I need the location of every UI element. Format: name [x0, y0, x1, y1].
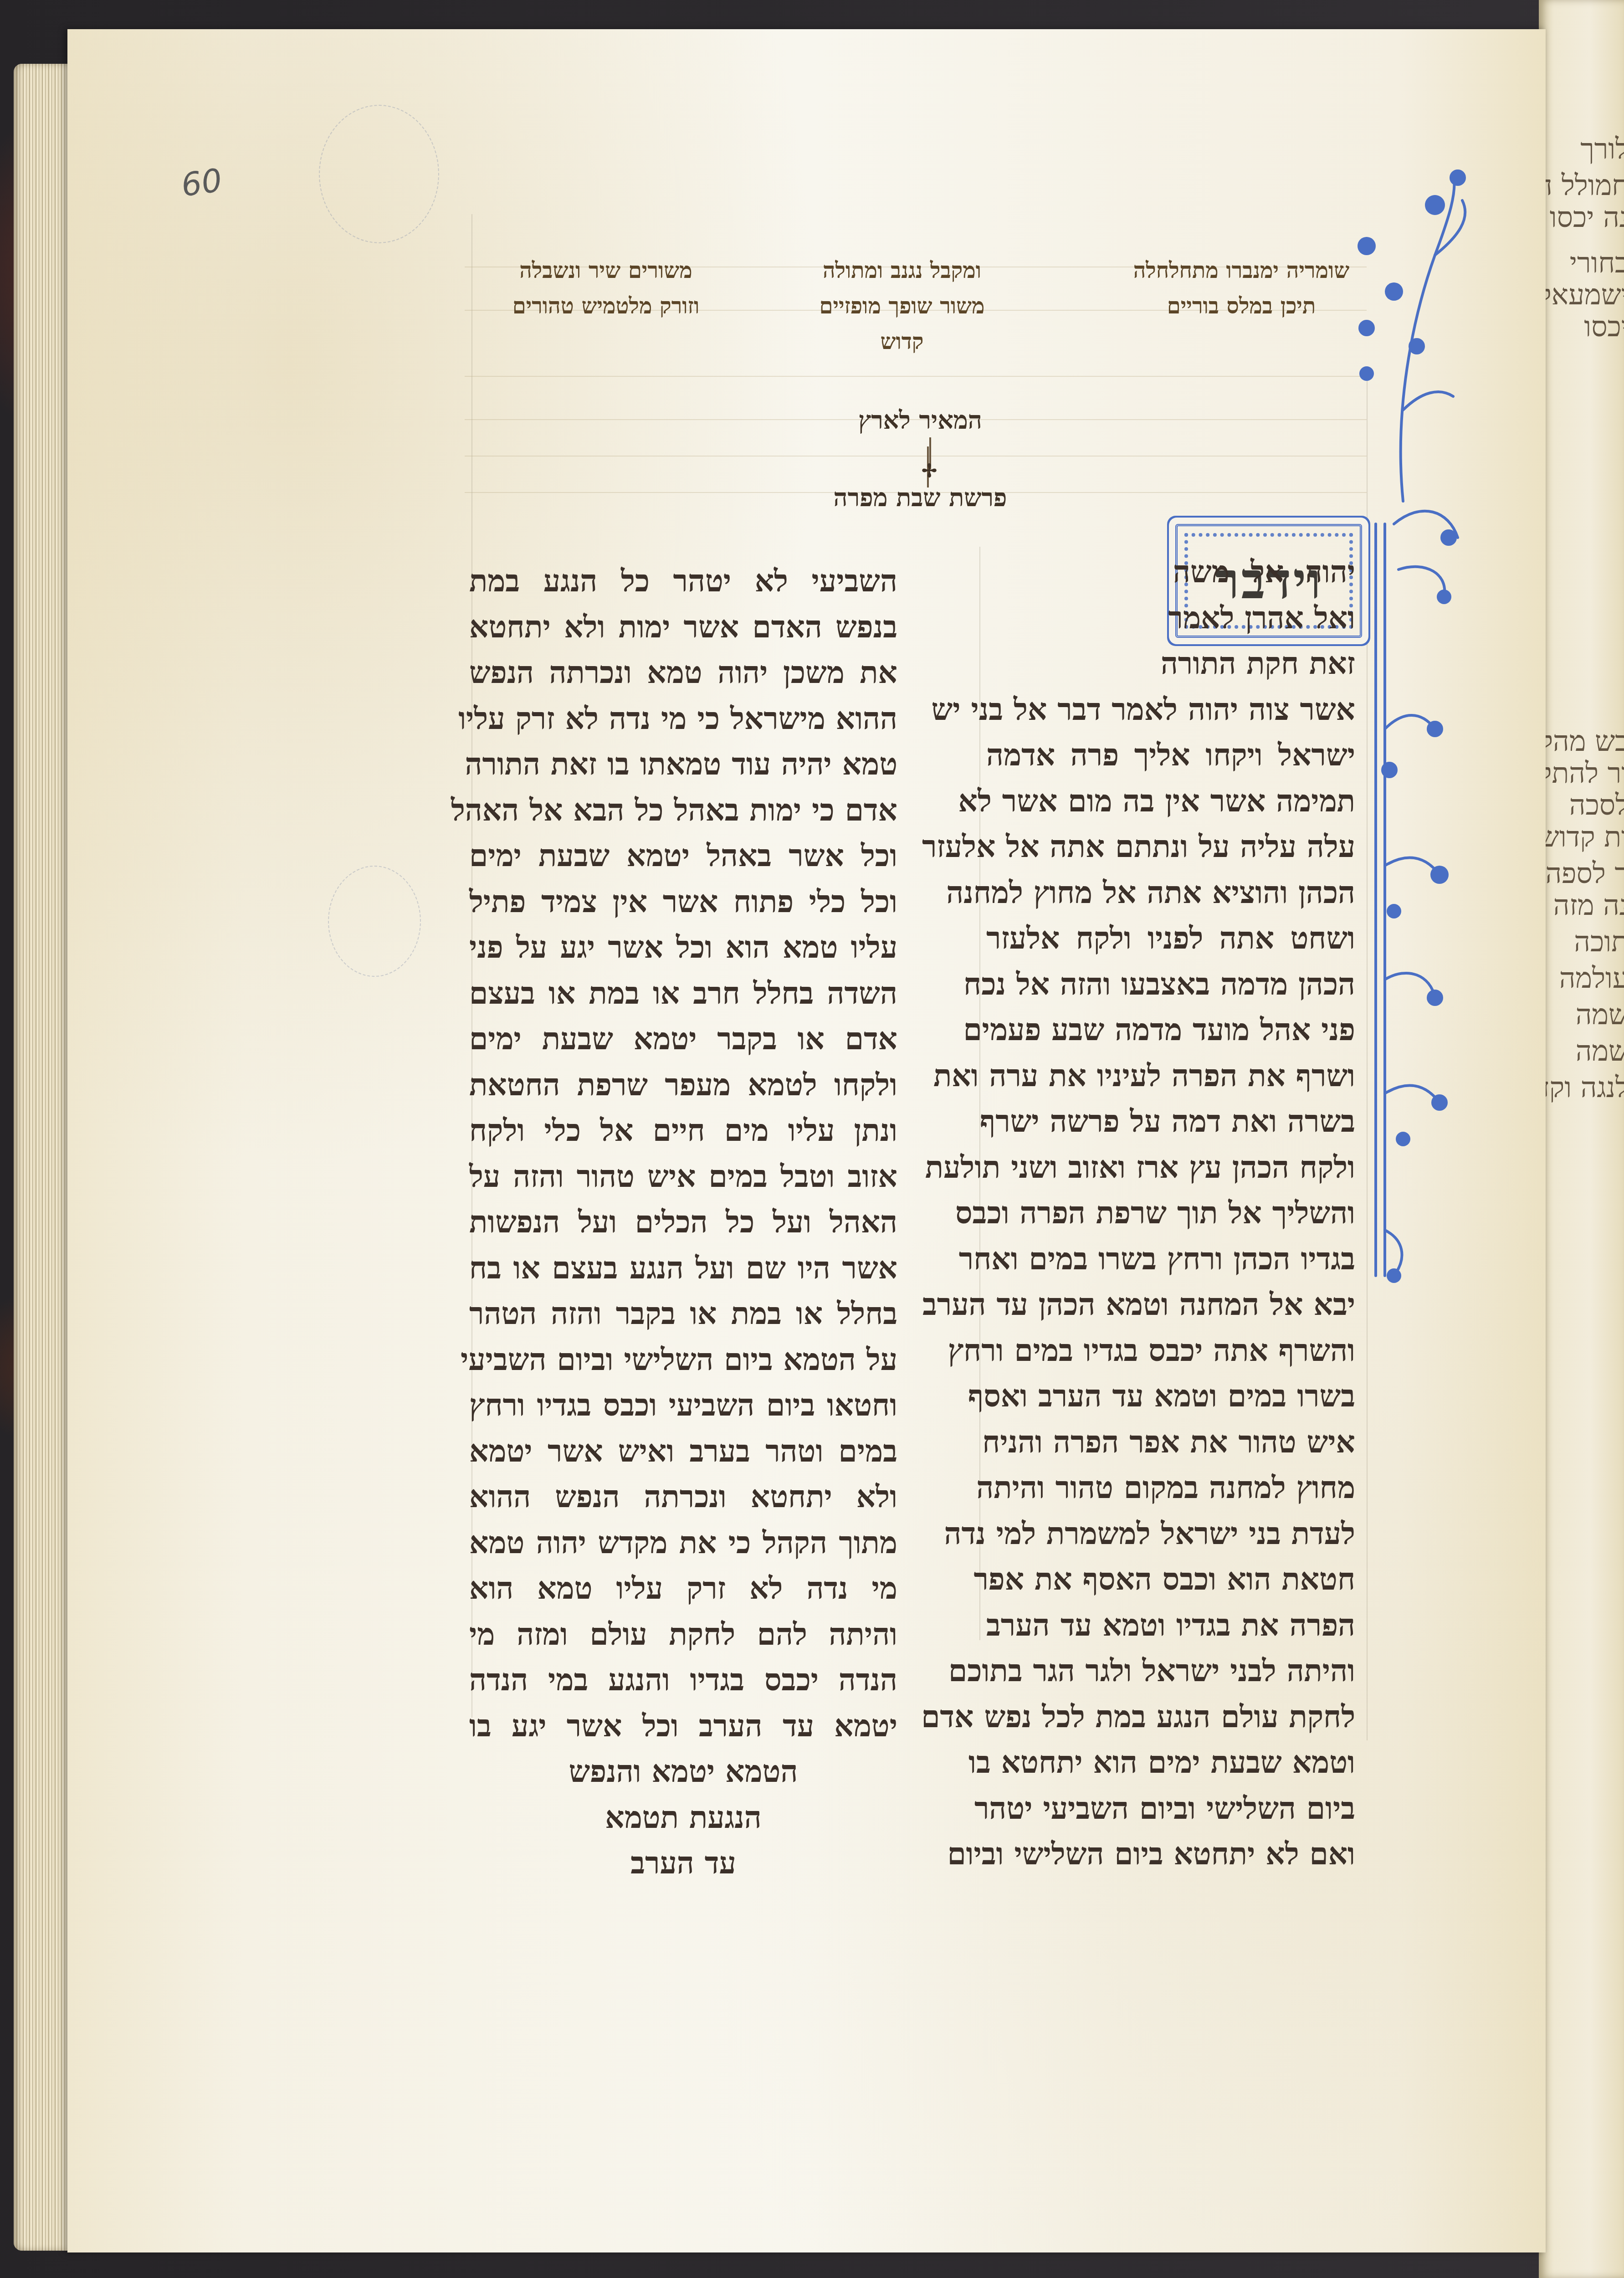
text-line: בנפש האדם אשר ימות ולא יתחטא: [469, 604, 897, 650]
text-line: ההוא מישראל כי מי נדה לא זרק עליו: [469, 696, 897, 742]
fleuron-icon: ✢: [920, 460, 938, 482]
facing-line: בחורי: [1570, 246, 1624, 280]
text-line: והיתה לבני ישראל ולגר הגר בתוכם: [986, 1648, 1355, 1694]
text-line: בחלל או במת או בקבר והזה הטהר: [469, 1291, 897, 1337]
text-line: והיתה להם לחקת עולם ומזה מי: [469, 1611, 897, 1657]
masorah-middle-block: ומקבל נגנב ומתולה משור שופך מופזיים קדוש: [784, 253, 1020, 359]
text-line: הנדה יכבס בגדיו והנגע במי הנדה: [469, 1657, 897, 1703]
text-line: זאת חקת התורה: [1173, 641, 1355, 687]
facing-line: נה יכסו: [1550, 200, 1624, 234]
text-line: על הטמא ביום השלישי וביום השביעי: [469, 1337, 897, 1383]
text-line: תמימה אשר אין בה מום אשר לא: [986, 778, 1355, 824]
text-line: השדה בחלל חרב או במת או בעצם: [469, 970, 897, 1016]
text-line: מחוץ למחנה במקום טהור והיתה: [986, 1465, 1355, 1511]
text-line: והשליך אל תוך שרפת הפרה וכבס: [986, 1190, 1355, 1236]
text-line: יהוה אל משה: [1173, 549, 1355, 595]
text-line: טמא יהיה עוד טמאתו בו זאת התורה: [469, 741, 897, 787]
facing-line: עולמה: [1559, 961, 1624, 995]
text-line-taper: הטמא יטמא והנפש: [556, 1749, 811, 1795]
facing-line: ישמעאל בן פאלי: [1539, 278, 1624, 312]
text-line: אדם או בקבר יטמא שבעת ימים: [469, 1016, 897, 1062]
text-line: יבא אל המחנה וטמא הכהן עד הערב: [986, 1282, 1355, 1328]
text-line-taper: עד הערב: [615, 1840, 752, 1886]
heading-parashat-parah: פרשת שבת מפרה: [784, 483, 1057, 512]
masorah-line: ומקבל נגנב ומתולה: [784, 253, 1020, 288]
text-line: הפרה את בגדיו וטמא עד הערב: [986, 1602, 1355, 1648]
masorah-line: שומריה ימנברו מתחלחלה: [1093, 253, 1389, 288]
facing-line: ור להתקן: [1539, 756, 1624, 790]
facing-line: ות קדוש: [1539, 820, 1624, 854]
text-line: חטאת הוא וכבס האסף את אפר: [986, 1556, 1355, 1602]
text-line: וכל כלי פתוח אשר אין צמיד פתיל: [469, 879, 897, 925]
masorah-line: תיכן במלס בוריים: [1093, 288, 1389, 324]
text-line: הכהן והוציא אתה אל מחוץ למחנה: [986, 870, 1355, 916]
facing-line: חמולל הבוך: [1539, 169, 1624, 202]
facing-line: יכסו: [1584, 310, 1624, 344]
facing-line: לנגה וקדוש: [1539, 1071, 1624, 1104]
text-column-right: יהוה אל משה ואל אהרן לאמר זאת חקת התורה …: [986, 549, 1355, 1877]
text-line: עלה עליה על ונתתם אתה אל אלעזר: [986, 824, 1355, 870]
facing-line: לורך: [1580, 132, 1624, 166]
text-line: אשר צוה יהוה לאמר דבר אל בני יש: [986, 687, 1355, 733]
text-line: וחטאו ביום השביעי וכבס בגדיו ורחץ: [469, 1382, 897, 1428]
text-line: איש טהור את אפר הפרה והניח: [986, 1419, 1355, 1465]
text-line: אזוב וטבל במים איש טהור והזה על: [469, 1154, 897, 1200]
text-line: ולקח הכהן עץ ארז ואזוב ושני תולעת: [986, 1144, 1355, 1190]
ruling-line: [465, 456, 1367, 457]
text-line: אשר היו שם ועל הנגע בעצם או בח: [469, 1245, 897, 1291]
facing-line: בש מהקף: [1539, 724, 1624, 758]
text-line: ואם לא יתחטא ביום השלישי וביום: [986, 1831, 1355, 1877]
pencil-sketch-mark: [328, 866, 421, 977]
text-line: השביעי לא יטהר כל הנגע במת: [469, 558, 897, 604]
page-block-edges: [14, 64, 71, 2251]
facing-line: נה מזה: [1553, 888, 1624, 922]
text-line: ושרף את הפרה לעיניו את ערה ואת: [986, 1053, 1355, 1099]
facing-line: ר לספה: [1545, 857, 1624, 890]
text-line: ולא יתחטא ונכרתה הנפש ההוא: [469, 1474, 897, 1520]
text-column-left: השביעי לא יטהר כל הנגע במת בנפש האדם אשר…: [469, 558, 897, 1886]
facing-line: שמה: [1576, 1034, 1624, 1068]
text-line: וכל אשר באהל יטמא שבעת ימים: [469, 833, 897, 879]
text-line: מי נדה לא זרק עליו טמא הוא: [469, 1565, 897, 1611]
heading-hameir-laaretz: המאיר לארץ: [784, 405, 1057, 435]
text-line: ונתן עליו מים חיים אל כלי ולקח: [469, 1108, 897, 1154]
masorah-line: קדוש: [784, 324, 1020, 359]
text-line: ישראל ויקחו אליך פרה אדמה: [986, 732, 1355, 778]
text-line: ואל אהרן לאמר: [1173, 595, 1355, 641]
text-line: במים וטהר בערב ואיש אשר יטמא: [469, 1428, 897, 1474]
text-line: פני אהל מועד מדמה שבע פעמים: [986, 1007, 1355, 1053]
ruling-line: [465, 376, 1367, 377]
facing-line: שמה: [1576, 998, 1624, 1031]
facing-line: תוכה: [1574, 925, 1624, 959]
facing-line: לסכה: [1569, 788, 1624, 822]
ruling-vertical: [1367, 374, 1368, 1740]
pencil-sketch-mark: [319, 105, 439, 243]
text-line: לחקת עולם הנגע במת לכל נפש אדם: [986, 1694, 1355, 1740]
text-line: יטמא עד הערב וכל אשר יגע בו: [469, 1703, 897, 1749]
text-line: והשרף אתה יכבס בגדיו במים ורחץ: [986, 1328, 1355, 1374]
text-line: לעדת בני ישראל למשמרת למי נדה: [986, 1511, 1355, 1557]
masorah-line: משורים שיר ונשבלה: [474, 253, 738, 288]
text-line: בשרו במים וטמא עד הערב ואסף: [986, 1373, 1355, 1419]
masorah-left-block: משורים שיר ונשבלה וזורק מלטמיש טהורים: [474, 253, 738, 324]
text-line: וטמא שבעת ימים הוא יתחטא בו: [986, 1739, 1355, 1785]
folio-number: 60: [179, 161, 225, 204]
masorah-line: וזורק מלטמיש טהורים: [474, 288, 738, 324]
text-line: עליו טמא הוא וכל אשר יגע על פני: [469, 924, 897, 970]
masorah-line: משור שופך מופזיים: [784, 288, 1020, 324]
text-line: ושחט אתה לפניו ולקח אלעזר: [986, 915, 1355, 961]
text-line: את משכן יהוה טמא ונכרתה הנפש: [469, 650, 897, 696]
text-line: אדם כי ימות באהל כל הבא אל האהל: [469, 787, 897, 833]
text-line-taper: הנגעת תטמא: [588, 1795, 779, 1841]
text-line: הכהן מדמה באצבעו והזה אל נכח: [986, 961, 1355, 1007]
text-line: מתוך הקהל כי את מקדש יהוה טמא: [469, 1520, 897, 1566]
text-line: בגדיו הכהן ורחץ בשרו במים ואחר: [986, 1236, 1355, 1282]
text-line: ולקחו לטמא מעפר שרפת החטאת: [469, 1062, 897, 1108]
text-line: בשרה ואת דמה על פרשה ישרף: [986, 1098, 1355, 1144]
text-line: ביום השלישי וביום השביעי יטהר: [986, 1785, 1355, 1832]
masorah-right-block: שומריה ימנברו מתחלחלה תיכן במלס בוריים: [1093, 253, 1389, 324]
text-line: האהל ועל כל הכלים ועל הנפשות: [469, 1199, 897, 1245]
facing-page-fragment: לורך חמולל הבוך נה יכסו בחורי ישמעאל בן …: [1539, 0, 1624, 2278]
